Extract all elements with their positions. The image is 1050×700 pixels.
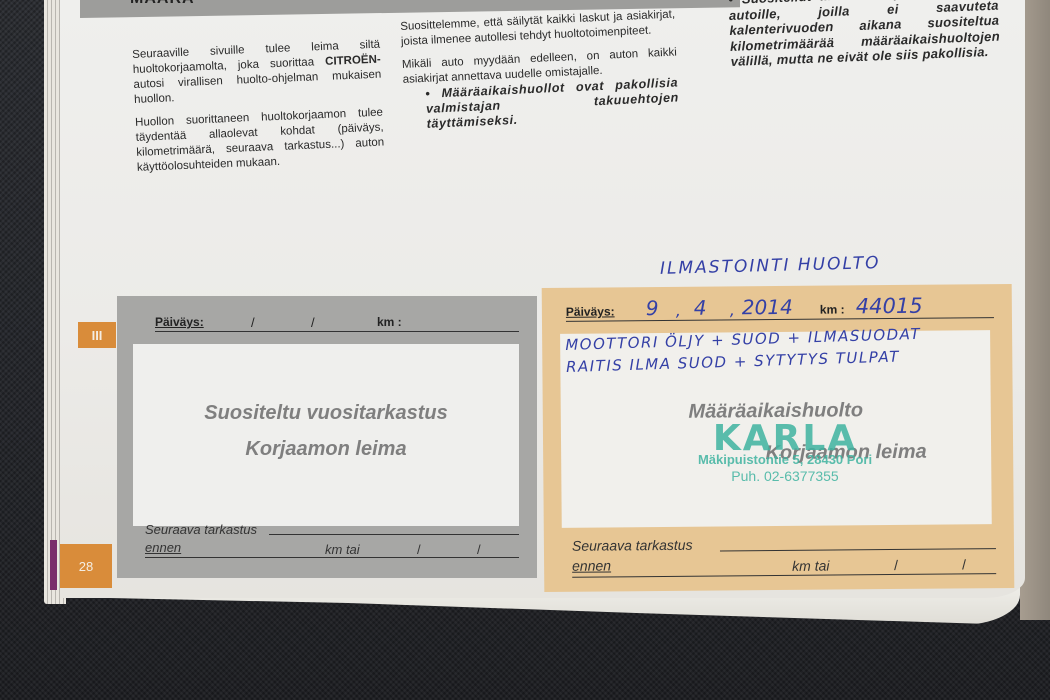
date-separator: / [962, 556, 966, 572]
date-field[interactable]: Päiväys: 9 , 4 , 2014 km : 44015 [566, 298, 994, 322]
intro-paragraph: Huollon suorittaneen huoltokorjaamon tul… [135, 106, 385, 176]
workshop-stamp: KARLA Mäkipuistontie 5, 28430 Pori Puh. … [640, 422, 930, 485]
intro-column-2: Suosittelemme, että säilytät kaikki lask… [400, 8, 680, 141]
before-label: ennen [145, 540, 181, 555]
km-or-label: km tai [325, 542, 360, 557]
date-separator: / [251, 315, 255, 330]
before-label: ennen [572, 557, 611, 573]
km-label: km : [820, 302, 845, 316]
km-or-label: km tai [792, 558, 829, 574]
date-separator: , [676, 301, 681, 320]
next-inspection-label: Seuraava tarkastus [145, 522, 257, 537]
date-field[interactable]: Päiväys: / / km : [155, 314, 519, 332]
service-record-annual: Päiväys: / / km : Suositeltu vuositarkas… [117, 296, 537, 578]
stamp-subtitle: Korjaamon leima [133, 438, 519, 461]
date-day: 9 [646, 296, 659, 320]
intro-column-1: Seuraaville sivuille tulee leima siltä h… [132, 38, 385, 184]
workshop-logo: KARLA [640, 422, 930, 456]
intro-paragraph: Seuraaville sivuille tulee leima siltä h… [132, 38, 382, 108]
date-separator: / [477, 542, 481, 557]
section-tab: III [78, 322, 116, 348]
workshop-phone: Puh. 02-6377355 [640, 467, 930, 485]
date-separator: / [311, 315, 315, 330]
date-separator: / [894, 557, 898, 573]
next-inspection-field[interactable]: Seuraava tarkastus ennen km tai / / [145, 522, 519, 572]
date-label: Päiväys: [566, 304, 615, 318]
intro-column-3: • Suositellut ... valmistajan suosituksi… [728, 0, 1001, 77]
date-separator: , [730, 300, 735, 319]
workshop-address: Mäkipuistontie 5, 28430 Pori [640, 452, 930, 467]
next-inspection-field[interactable]: Seuraava tarkastus ennen km tai / / [572, 534, 996, 588]
next-inspection-label: Seuraava tarkastus [572, 537, 693, 554]
page-heading: MÄÄRÄ [130, 0, 195, 8]
page-number: 28 [60, 544, 112, 588]
brand-name: CITROËN- [325, 54, 381, 68]
date-separator: / [417, 542, 421, 557]
km-label: km : [377, 315, 402, 329]
km-value: 44015 [856, 294, 923, 319]
note-text: Suositellut ... valmistajan suosituksia … [729, 0, 1001, 69]
date-month: 4 [694, 296, 707, 320]
stamp-area[interactable]: Suositeltu vuositarkastus Korjaamon leim… [133, 344, 519, 526]
date-label: Päiväys: [155, 315, 204, 329]
stamp-title: Suositeltu vuositarkastus [133, 402, 519, 425]
date-year: 2014 [742, 295, 793, 319]
section-marker [50, 540, 57, 590]
recommendation-note: • Suositellut ... valmistajan suosituksi… [728, 0, 1001, 69]
